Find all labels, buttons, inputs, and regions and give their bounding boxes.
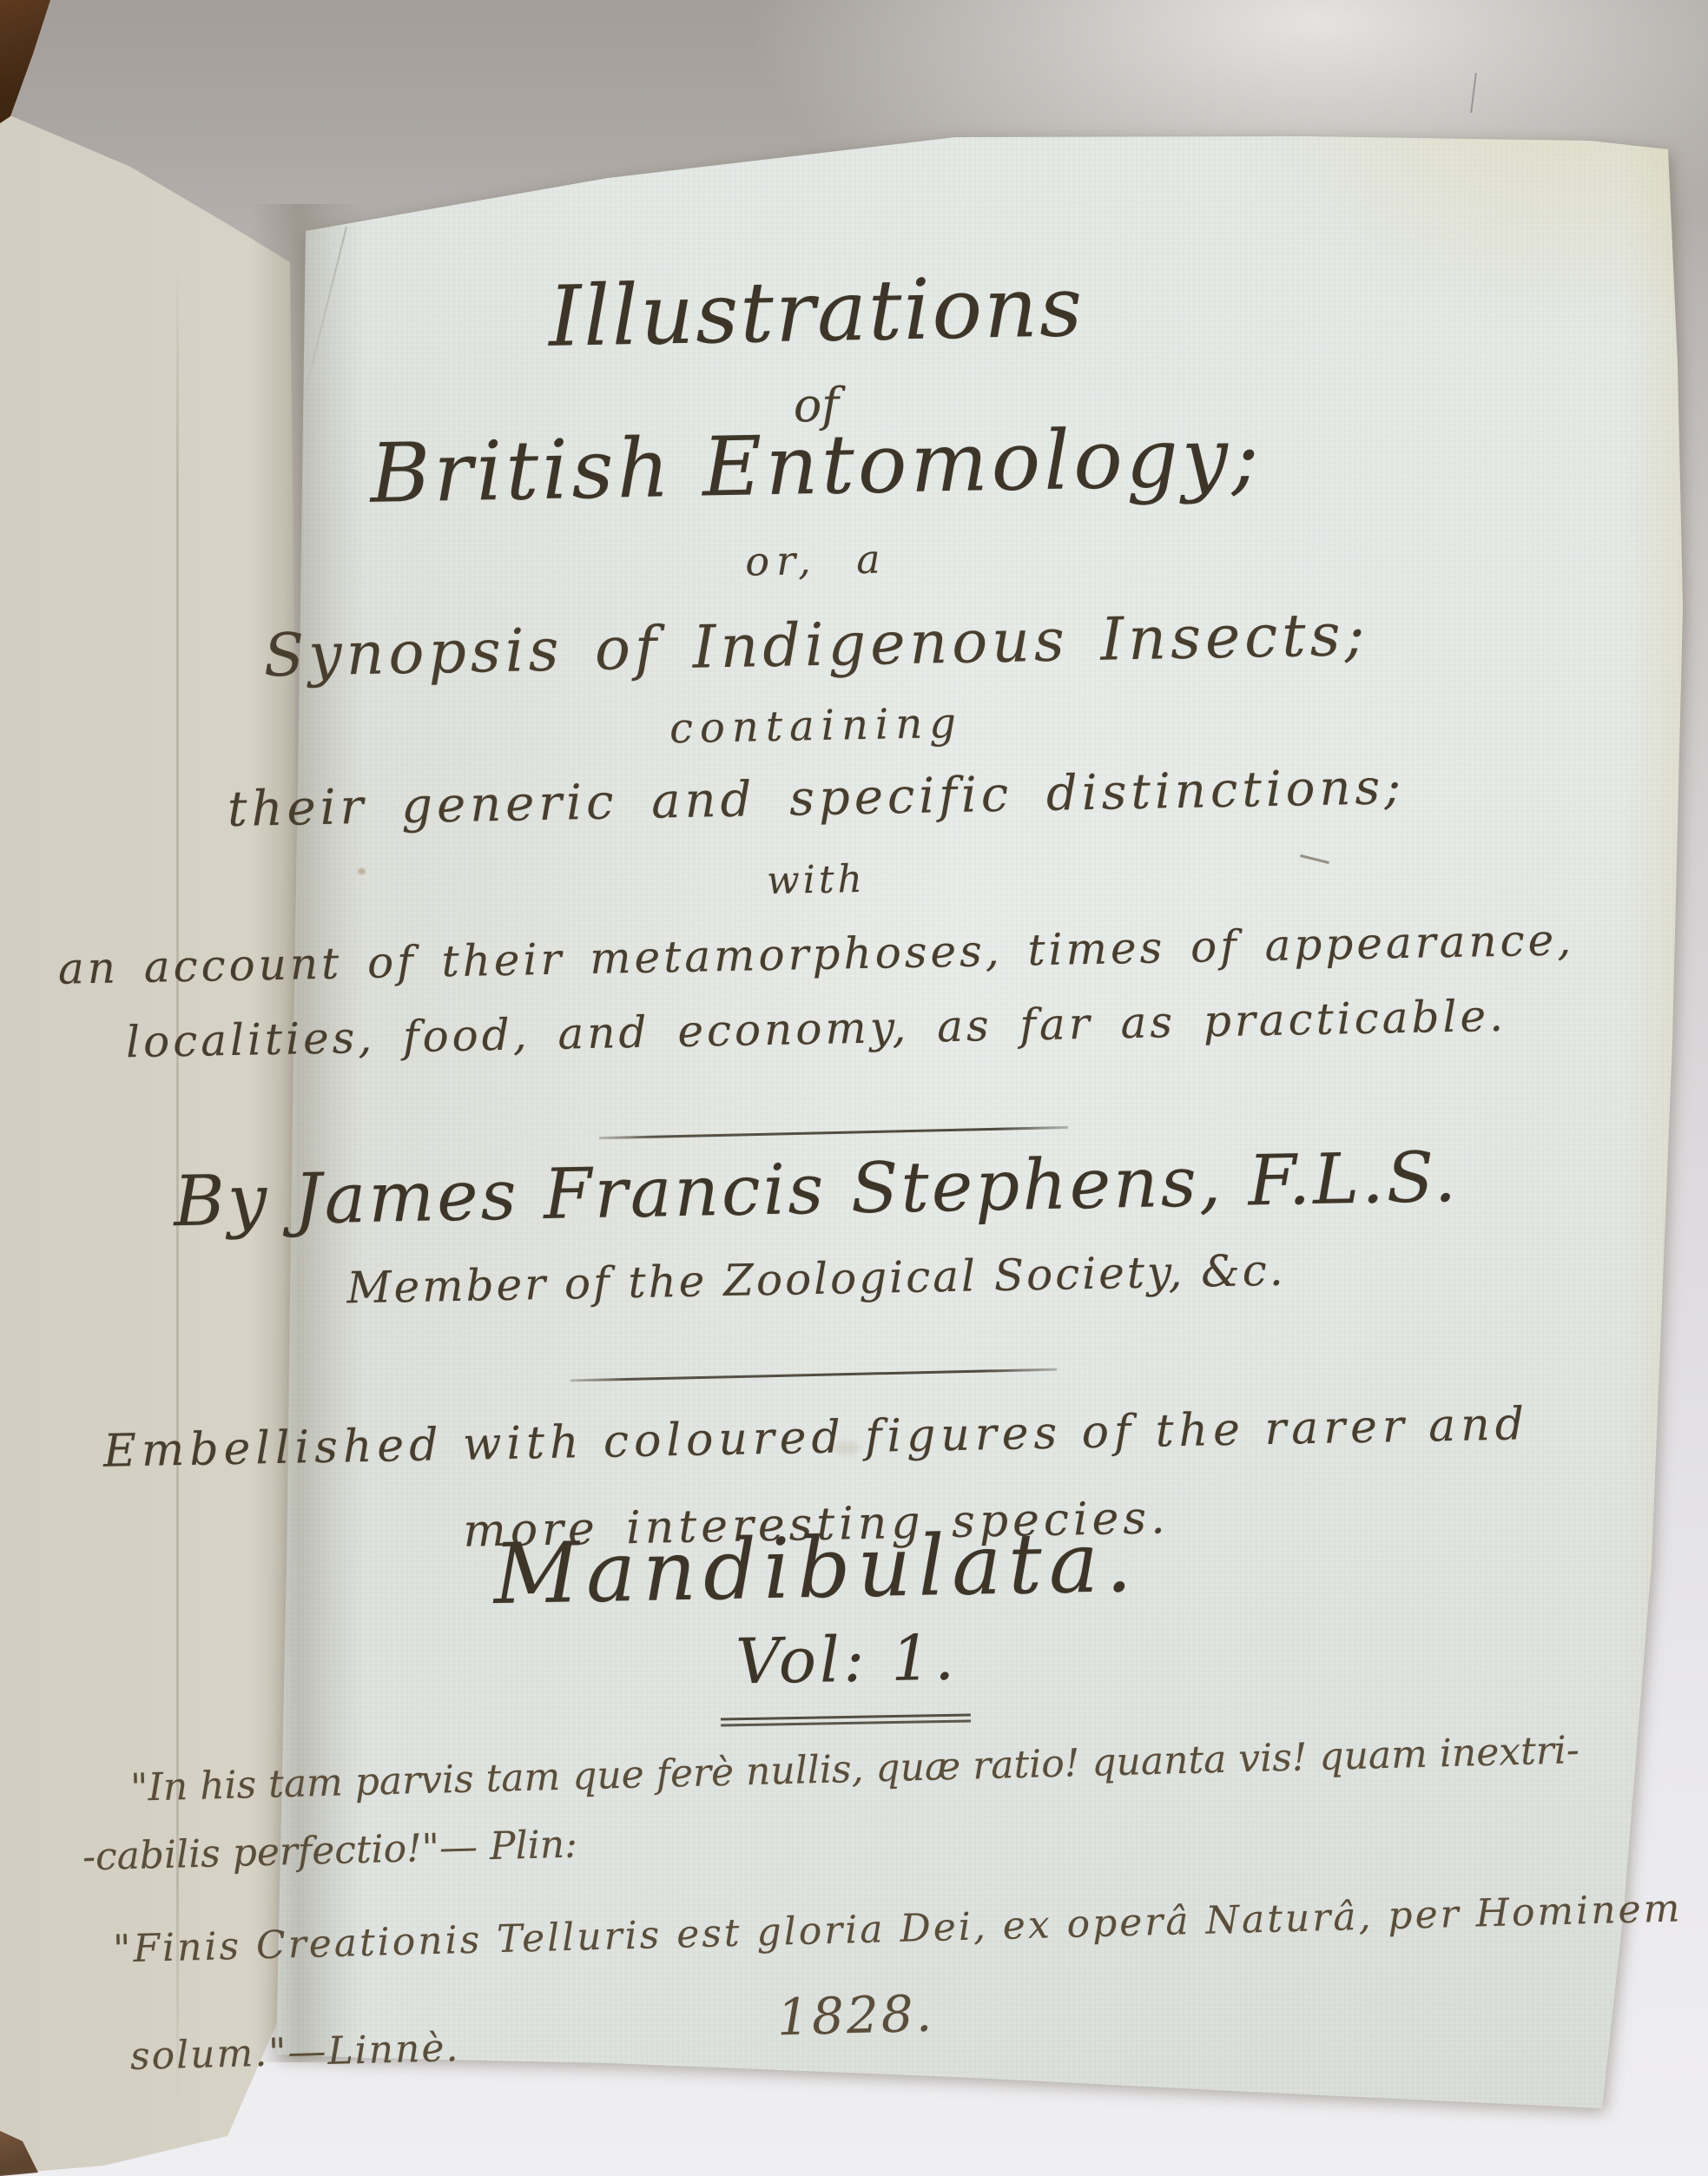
author-title-line: Member of the Zoological Society, &c. — [346, 1249, 1286, 1310]
book-photograph: Illustrations of British Entomology; or,… — [0, 0, 1708, 2176]
containing-line: containing — [669, 702, 964, 749]
epigraph-pliny-line-2: -cabilis perfectio!"— Plin: — [82, 1826, 578, 1877]
volume-double-underline — [721, 1713, 971, 1726]
account-line-2: localities, food, and economy, as far as… — [126, 994, 1507, 1065]
epigraph-linnaeus-line-1: "Finis Creationis Telluris est gloria De… — [113, 1889, 1683, 1968]
section-title: Mandibulata. — [493, 1520, 1140, 1616]
publication-year: 1828. — [776, 1988, 935, 2043]
author-line: By James Francis Stephens, F.L.S. — [173, 1143, 1459, 1236]
volume-line: Vol: 1. — [735, 1626, 959, 1693]
main-title: Illustrations — [548, 265, 1085, 359]
separator-rule-lower — [570, 1368, 1057, 1382]
epigraph-pliny-line-1: "In his tam parvis tam que ferè nullis, … — [130, 1731, 1580, 1808]
embellished-line-1: Embellished with coloured figures of the… — [103, 1401, 1530, 1474]
title-subject: British Entomology; — [369, 417, 1263, 516]
synopsis-line: Synopsis of Indigenous Insects; — [263, 606, 1369, 686]
with-line: with — [767, 861, 867, 900]
separator-rule-upper — [599, 1126, 1068, 1139]
alternative-title-intro: or, a — [745, 538, 887, 581]
stray-pen-dash — [1300, 854, 1329, 864]
epigraph-linnaeus-line-2: solum."—Linnè. — [129, 2029, 459, 2076]
distinctions-line: their generic and specific distinctions; — [227, 763, 1405, 834]
account-line-1: an account of their metamorphoses, times… — [57, 918, 1574, 991]
handwritten-text-layer: Illustrations of British Entomology; or,… — [0, 0, 1632, 2176]
